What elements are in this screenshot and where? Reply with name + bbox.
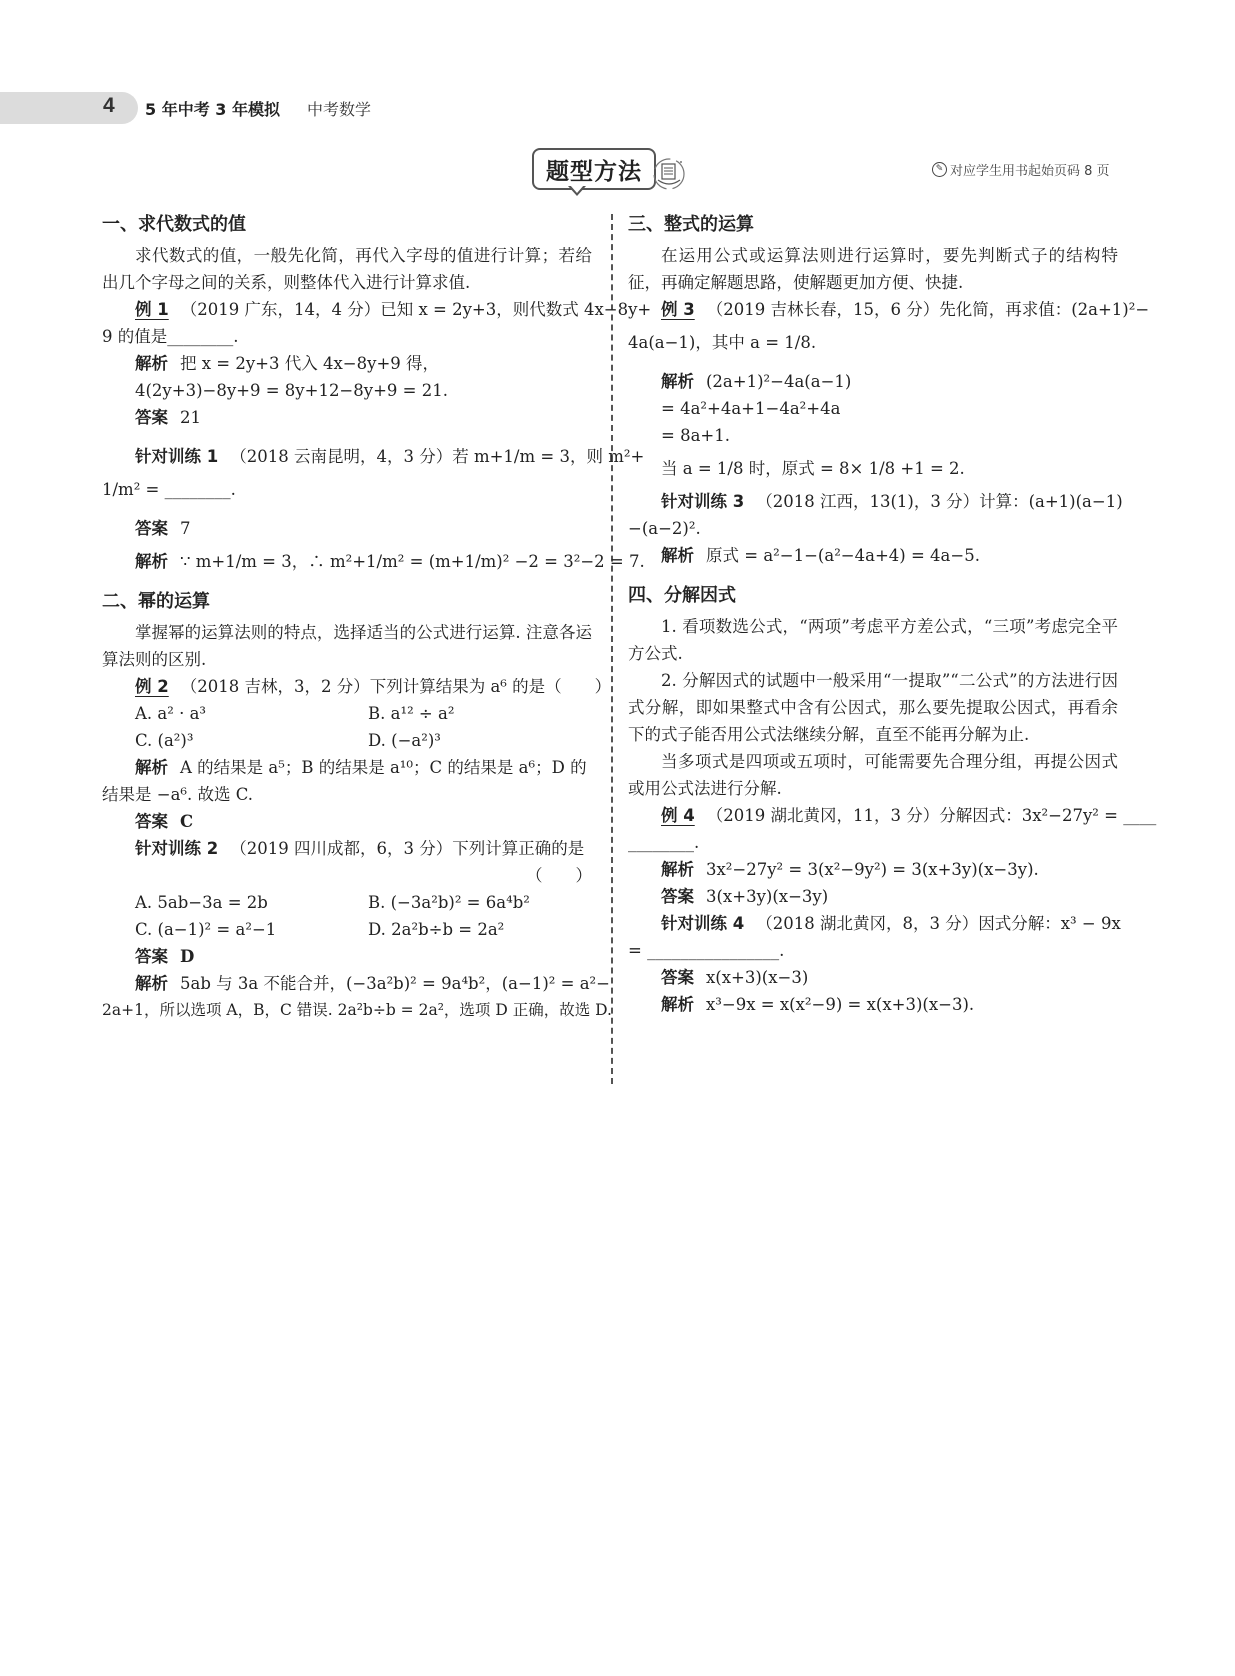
training-1-stem-line2: 1/m² = ________. [102, 476, 592, 503]
section-2-intro: 掌握幂的运算法则的特点，选择适当的公式进行运算. 注意各运算法则的区别. [102, 619, 592, 673]
analysis-label: 解析 [661, 546, 694, 565]
training-2-answer-paren: （ ） [102, 862, 592, 889]
answer-label: 答案 [135, 519, 168, 538]
example-1-answer: 答案21 [102, 404, 592, 431]
right-column: 三、整式的运算 在运用公式或运算法则进行运算时，要先判断式子的结构特征，再确定解… [628, 210, 1118, 1018]
option-d: D. (−a²)³ [368, 727, 588, 754]
example-2-label: 例 2 [135, 677, 169, 696]
training-1-stem: 针对训练 1（2018 云南昆明，4，3 分）若 m+1/m = 3，则 m²+ [102, 443, 592, 470]
example-1-stem-line1: （2019 广东，14，4 分）已知 x = 2y+3，则代数式 4x−8y+ [181, 300, 652, 319]
option-c: C. (a−1)² = a²−1 [135, 916, 368, 943]
example-2-analysis-line2: 结果是 −a⁶. 故选 C. [102, 781, 592, 808]
example-2-stem: 例 2（2018 吉林，3，2 分）下列计算结果为 a⁶ 的是（ ） [102, 673, 592, 700]
example-3-label: 例 3 [661, 300, 695, 319]
training-3-analysis-text: 原式 = a²−1−(a²−4a+4) = 4a−5. [706, 546, 980, 565]
section-title-1: 一、求代数式的值 [102, 210, 592, 240]
example-1-label: 例 1 [135, 300, 169, 319]
training-2-analysis-line1: 5ab 与 3a 不能合并，(−3a²b)² = 9a⁴b²，(a−1)² = … [180, 974, 610, 993]
example-4-analysis-text: 3x²−27y² = 3(x²−9y²) = 3(x+3y)(x−3y). [706, 860, 1039, 879]
example-1-analysis: 解析把 x = 2y+3 代入 4x−8y+9 得， [102, 350, 592, 377]
option-b: B. (−3a²b)² = 6a⁴b² [368, 889, 588, 916]
training-4-stem-line2: = ________________. [628, 937, 1118, 964]
training-2-label: 针对训练 2 [135, 839, 218, 858]
training-2-answer-value: D [180, 947, 194, 966]
example-3-analysis-line2: = 4a²+4a+1−4a²+4a [628, 395, 1118, 422]
example-4-answer-value: 3(x+3y)(x−3y) [706, 887, 828, 906]
training-2-answer: 答案D [102, 943, 592, 970]
answer-label: 答案 [661, 887, 694, 906]
example-2-analysis-line1: A 的结果是 a⁵；B 的结果是 a¹⁰；C 的结果是 a⁶；D 的 [180, 758, 587, 777]
example-1-stem: 例 1（2019 广东，14，4 分）已知 x = 2y+3，则代数式 4x−8… [102, 296, 592, 323]
section-4-point-3: 当多项式是四项或五项时，可能需要先合理分组，再提公因式或用公式法进行分解. [628, 748, 1118, 802]
analysis-label: 解析 [135, 354, 168, 373]
book-subject: 中考数学 [307, 97, 371, 120]
training-3-label: 针对训练 3 [661, 492, 744, 511]
badge-title: 题型方法 [546, 153, 642, 186]
training-1-analysis-text: ∵ m+1/m = 3，∴ m²+1/m² = (m+1/m)² −2 = 3²… [180, 552, 645, 571]
training-3-stem: 针对训练 3（2018 江西，13(1)，3 分）计算：(a+1)(a−1) [628, 488, 1118, 515]
example-3-stem-line2: 4a(a−1)，其中 a = 1/8. [628, 329, 1118, 356]
training-4-analysis: 解析x³−9x = x(x²−9) = x(x+3)(x−3). [628, 991, 1118, 1018]
example-2-answer: 答案C [102, 808, 592, 835]
analysis-label: 解析 [135, 758, 168, 777]
training-4-analysis-text: x³−9x = x(x²−9) = x(x+3)(x−3). [706, 995, 974, 1014]
reference-note-text: 对应学生用书起始页码 8 页 [950, 160, 1110, 179]
analysis-label: 解析 [135, 974, 168, 993]
training-4-stem: 针对训练 4（2018 湖北黄冈，8，3 分）因式分解：x³ − 9x [628, 910, 1118, 937]
example-4-stem: 例 4（2019 湖北黄冈，11，3 分）分解因式：3x²−27y² = ___… [628, 802, 1118, 829]
training-2-analysis: 解析5ab 与 3a 不能合并，(−3a²b)² = 9a⁴b²，(a−1)² … [102, 970, 592, 997]
section-title-3: 三、整式的运算 [628, 210, 1118, 240]
analysis-label: 解析 [661, 860, 694, 879]
example-3-analysis-line3: = 8a+1. [628, 422, 1118, 449]
section-1-intro: 求代数式的值，一般先化简，再代入字母的值进行计算；若给出几个字母之间的关系，则整… [102, 242, 592, 296]
example-3-analysis-line1: (2a+1)²−4a(a−1) [706, 372, 851, 391]
section-4-point-1: 1. 看项数选公式，“两项”考虑平方差公式，“三项”考虑完全平方公式. [628, 613, 1118, 667]
example-2-options: A. a² · a³ B. a¹² ÷ a² C. (a²)³ D. (−a²)… [102, 700, 592, 754]
training-2-stem-text: （2019 四川成都，6，3 分）下列计算正确的是 [230, 839, 584, 858]
training-1-answer: 答案7 [102, 515, 592, 542]
example-2-analysis: 解析A 的结果是 a⁵；B 的结果是 a¹⁰；C 的结果是 a⁶；D 的 [102, 754, 592, 781]
option-d: D. 2a²b÷b = 2a² [368, 916, 588, 943]
section-title-4: 四、分解因式 [628, 581, 1118, 611]
example-2-answer-value: C [180, 812, 193, 831]
example-2-stem-text: （2018 吉林，3，2 分）下列计算结果为 a⁶ 的是（ ） [181, 677, 611, 696]
training-3-stem-line1: （2018 江西，13(1)，3 分）计算：(a+1)(a−1) [756, 492, 1122, 511]
header-page-tab [0, 92, 138, 124]
section-title-2: 二、幂的运算 [102, 587, 592, 617]
analysis-label: 解析 [661, 995, 694, 1014]
example-4-answer: 答案3(x+3y)(x−3y) [628, 883, 1118, 910]
example-1-analysis-line2: 4(2y+3)−8y+9 = 8y+12−8y+9 = 21. [102, 377, 592, 404]
section-badge: 题型方法 [532, 148, 656, 190]
training-1-analysis: 解析∵ m+1/m = 3，∴ m²+1/m² = (m+1/m)² −2 = … [102, 548, 592, 575]
section-4-point-2: 2. 分解因式的试题中一般采用“一提取”“二公式”的方法进行因式分解，即如果整式… [628, 667, 1118, 748]
training-2-analysis-line2: 2a+1，所以选项 A，B，C 错误. 2a²b÷b = 2a²，选项 D 正确… [102, 997, 592, 1024]
example-3-analysis: 解析(2a+1)²−4a(a−1) [628, 368, 1118, 395]
example-3-analysis-line4: 当 a = 1/8 时，原式 = 8× 1/8 +1 = 2. [628, 455, 1118, 482]
book-title: 5 年中考 3 年模拟 [145, 97, 280, 120]
option-c: C. (a²)³ [135, 727, 368, 754]
training-2-stem: 针对训练 2（2019 四川成都，6，3 分）下列计算正确的是 [102, 835, 592, 862]
training-1-answer-value: 7 [180, 519, 191, 538]
training-1-label: 针对训练 1 [135, 447, 218, 466]
reference-note: ✎ 对应学生用书起始页码 8 页 [932, 160, 1110, 179]
answer-label: 答案 [135, 812, 168, 831]
page-number: 4 [103, 94, 115, 118]
section-3-intro: 在运用公式或运算法则进行运算时，要先判断式子的结构特征，再确定解题思路，使解题更… [628, 242, 1118, 296]
option-b: B. a¹² ÷ a² [368, 700, 588, 727]
training-3-stem-line2: −(a−2)². [628, 515, 1118, 542]
example-1-answer-value: 21 [180, 408, 201, 427]
example-1-analysis-line1: 把 x = 2y+3 代入 4x−8y+9 得， [180, 354, 439, 373]
answer-label: 答案 [135, 947, 168, 966]
book-in-hands-icon [652, 156, 686, 192]
analysis-label: 解析 [661, 372, 694, 391]
training-4-answer: 答案x(x+3)(x−3) [628, 964, 1118, 991]
training-4-stem-line1: （2018 湖北黄冈，8，3 分）因式分解：x³ − 9x [756, 914, 1121, 933]
option-a: A. 5ab−3a = 2b [135, 889, 368, 916]
example-4-analysis: 解析3x²−27y² = 3(x²−9y²) = 3(x+3y)(x−3y). [628, 856, 1118, 883]
example-3-stem-line1: （2019 吉林长春，15，6 分）先化简，再求值：(2a+1)²− [707, 300, 1149, 319]
pencil-circle-icon: ✎ [932, 162, 947, 177]
answer-label: 答案 [135, 408, 168, 427]
column-divider [611, 214, 613, 1084]
analysis-label: 解析 [135, 552, 168, 571]
example-4-stem-line1: （2019 湖北黄冈，11，3 分）分解因式：3x²−27y² = ____ [707, 806, 1156, 825]
example-4-stem-line2: ________. [628, 829, 1118, 856]
example-3-stem: 例 3（2019 吉林长春，15，6 分）先化简，再求值：(2a+1)²− [628, 296, 1118, 323]
example-1-stem-line2: 9 的值是________. [102, 323, 592, 350]
training-4-answer-value: x(x+3)(x−3) [706, 968, 808, 987]
answer-label: 答案 [661, 968, 694, 987]
training-2-options: A. 5ab−3a = 2b B. (−3a²b)² = 6a⁴b² C. (a… [102, 889, 592, 943]
example-4-label: 例 4 [661, 806, 695, 825]
training-4-label: 针对训练 4 [661, 914, 744, 933]
left-column: 一、求代数式的值 求代数式的值，一般先化简，再代入字母的值进行计算；若给出几个字… [102, 210, 592, 1024]
training-3-analysis: 解析原式 = a²−1−(a²−4a+4) = 4a−5. [628, 542, 1118, 569]
option-a: A. a² · a³ [135, 700, 368, 727]
training-1-stem-line1: （2018 云南昆明，4，3 分）若 m+1/m = 3，则 m²+ [230, 447, 644, 466]
badge-tail-inner [570, 185, 584, 193]
